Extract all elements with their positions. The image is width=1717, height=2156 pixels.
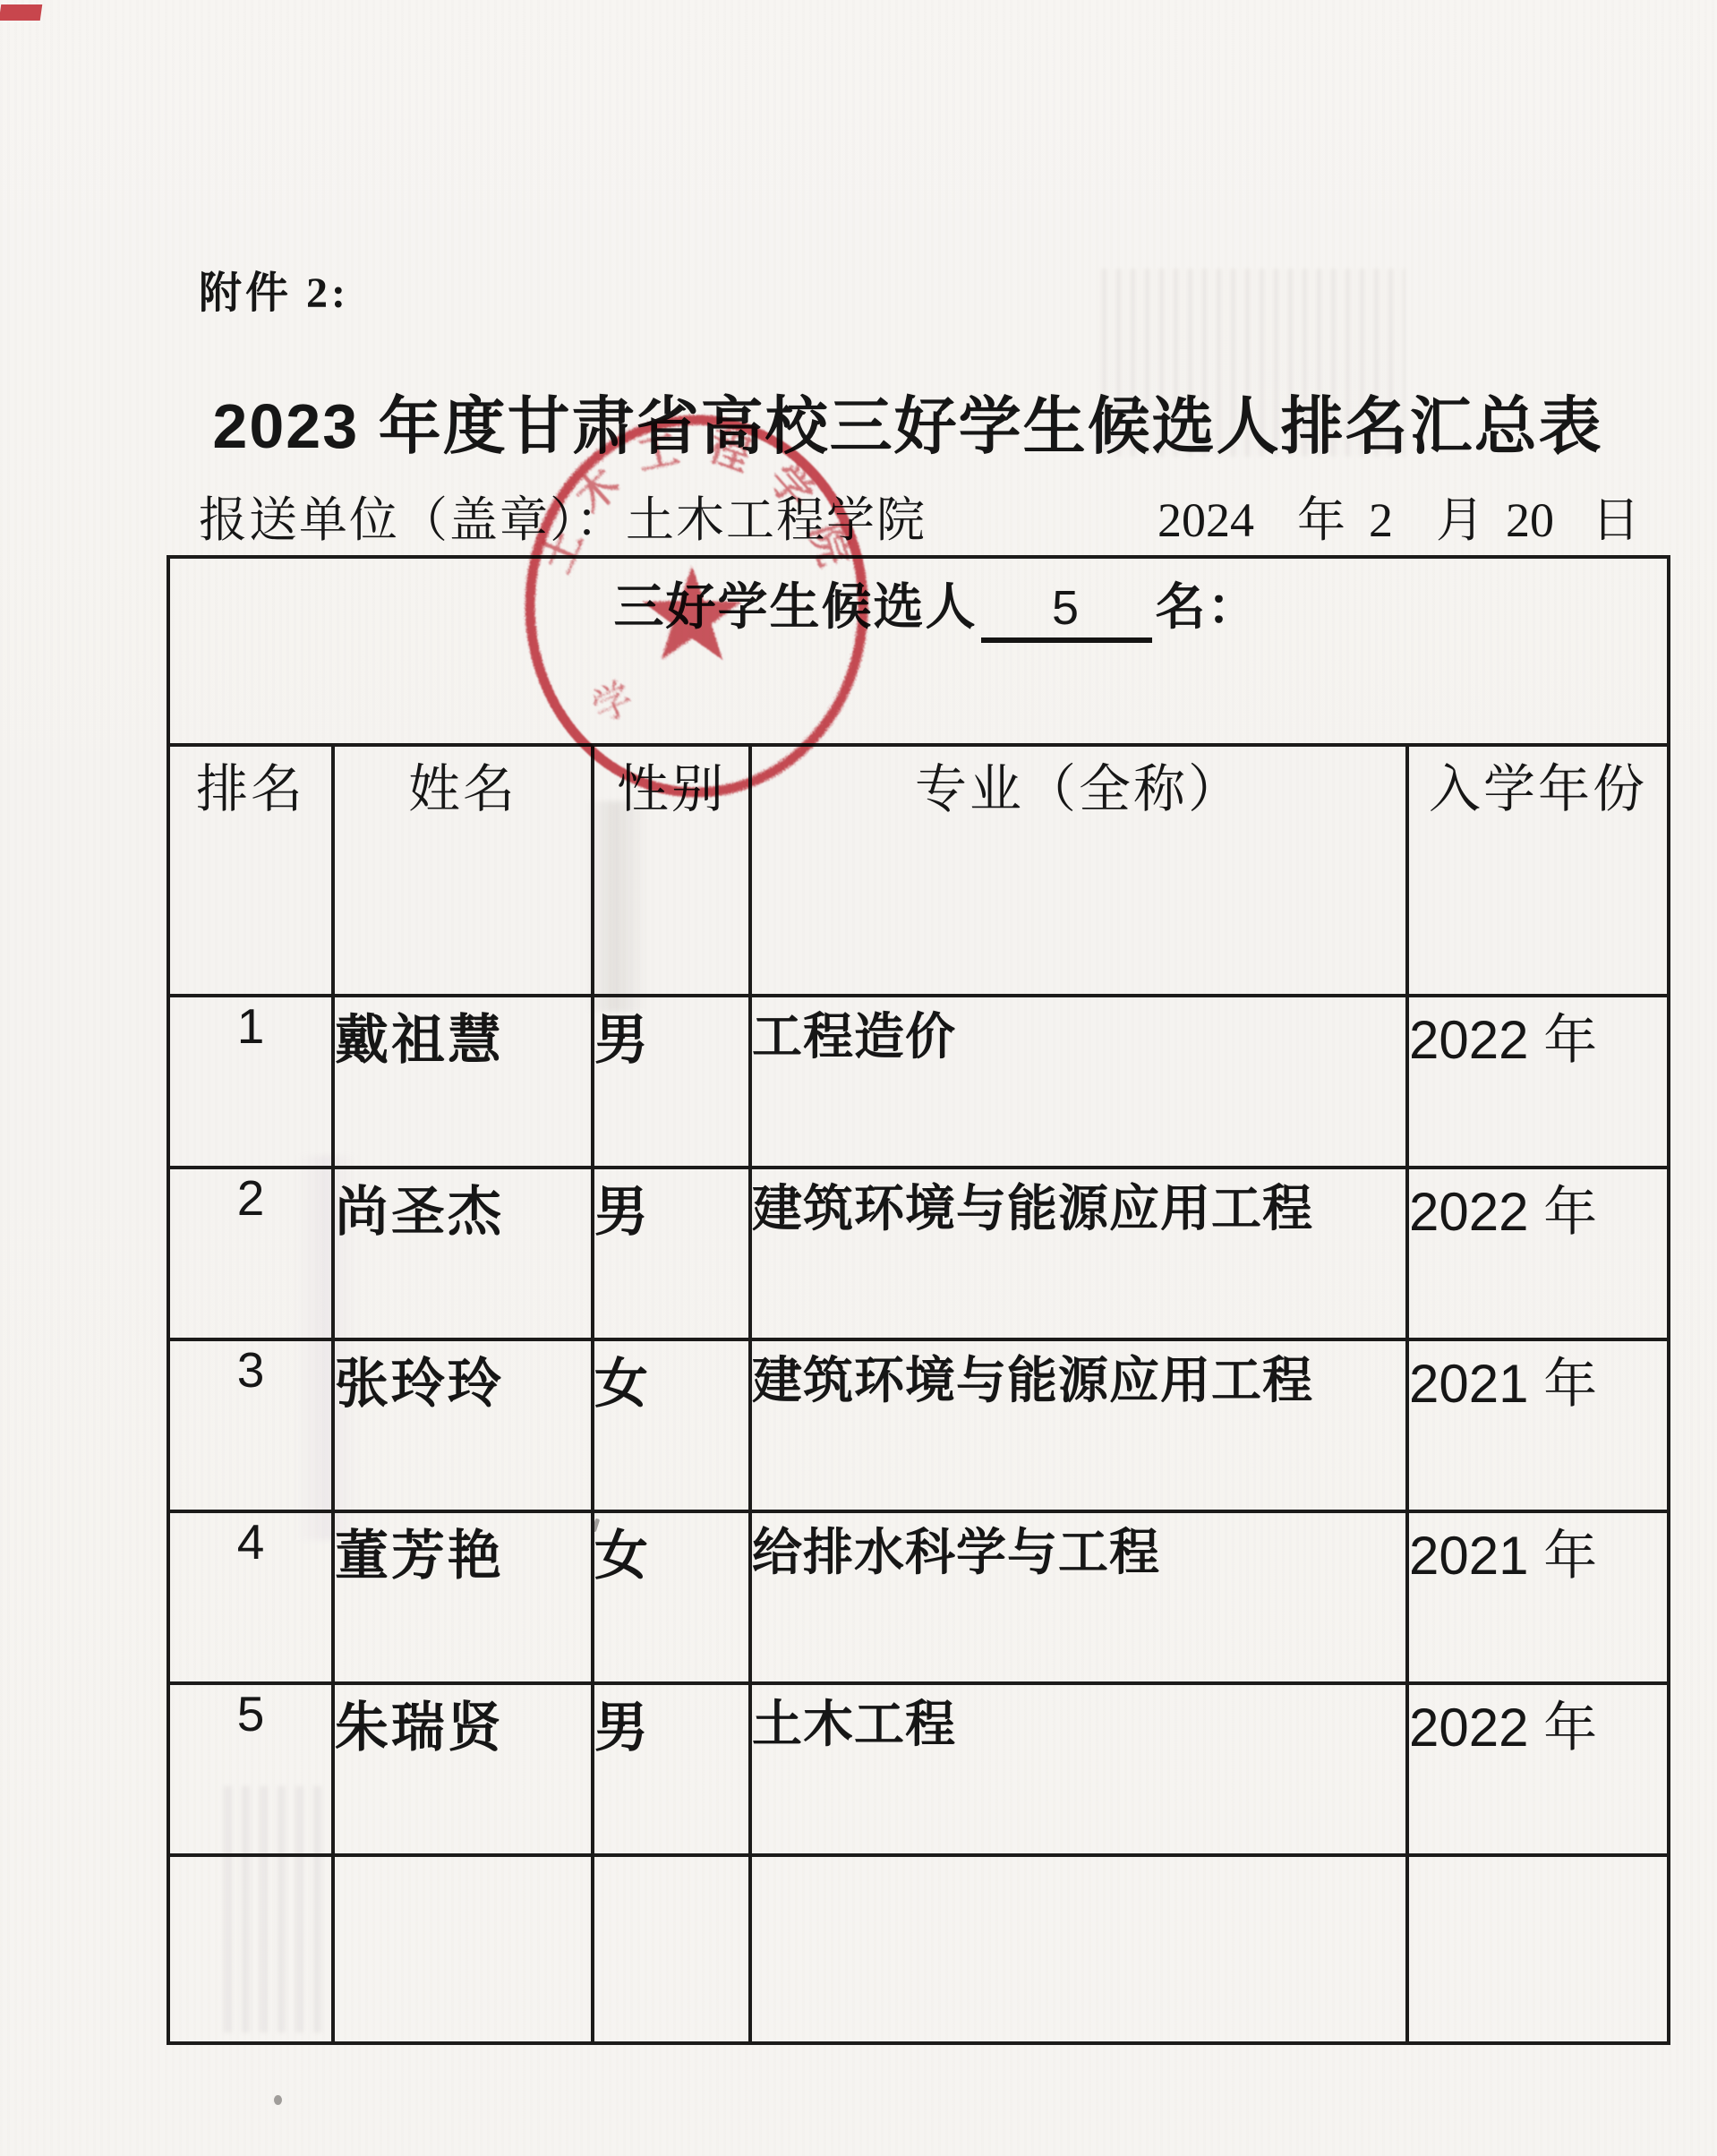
submit-unit-line: 报送单位（盖章）：土木工程学院 — [199, 482, 927, 551]
candidates-prefix: 三好学生候选人 — [614, 568, 978, 639]
rank-cell: 3 — [168, 1339, 333, 1511]
submit-unit-label: 报送单位（盖章）： — [199, 493, 626, 547]
column-header-major: 专业（全称） — [750, 745, 1407, 996]
column-header-rank: 排名 — [168, 745, 333, 996]
page-title: 2023 年度甘肃省高校三好学生候选人排名汇总表 — [98, 376, 1717, 466]
scan-corner-red-mark — [0, 4, 42, 21]
gender-cell: 女 — [593, 1511, 750, 1683]
date-month-label: 月 — [1436, 482, 1484, 551]
year-cell — [1407, 1855, 1669, 2043]
candidates-suffix: 名： — [1156, 568, 1260, 639]
year-cell: 2022 年 — [1407, 1683, 1669, 1855]
date-day-label: 日 — [1592, 482, 1640, 551]
table-row: 5 朱瑞贤 男 土木工程 2022 年 — [168, 1683, 1669, 1855]
candidates-count-blank: 5 — [981, 580, 1152, 643]
candidates-table: 三好学生候选人 5 名： 排名 姓名 性别 专业（全称） 入学年份 1 戴祖慧 … — [167, 555, 1670, 2045]
column-header-year: 入学年份 — [1407, 745, 1669, 996]
candidates-count-line: 三好学生候选人 5 名： — [170, 559, 1667, 643]
rank-cell — [168, 1855, 333, 2043]
name-cell: 董芳艳 — [333, 1511, 593, 1683]
date-year-label: 年 — [1297, 482, 1345, 551]
name-cell — [333, 1855, 593, 2043]
gender-cell: 男 — [593, 1168, 750, 1339]
major-cell: 土木工程 — [750, 1683, 1407, 1855]
gender-cell: 男 — [593, 1683, 750, 1855]
major-cell: 建筑环境与能源应用工程 — [750, 1339, 1407, 1511]
table-row: 3 张玲玲 女 建筑环境与能源应用工程 2021 年 — [168, 1339, 1669, 1511]
major-cell: 工程造价 — [750, 996, 1407, 1168]
submit-unit-value: 土木工程学院 — [626, 493, 927, 547]
rank-cell: 4 — [168, 1511, 333, 1683]
date-month: 2 — [1369, 492, 1393, 548]
name-cell: 张玲玲 — [333, 1339, 593, 1511]
gender-cell: 男 — [593, 996, 750, 1168]
column-header-name: 姓名 — [333, 745, 593, 996]
candidates-count-row: 三好学生候选人 5 名： — [168, 557, 1669, 745]
gender-cell: 女 — [593, 1339, 750, 1511]
major-cell: 建筑环境与能源应用工程 — [750, 1168, 1407, 1339]
rank-cell: 2 — [168, 1168, 333, 1339]
rank-cell: 1 — [168, 996, 333, 1168]
major-cell: 给排水科学与工程 — [750, 1511, 1407, 1683]
column-header-gender: 性别 — [593, 745, 750, 996]
date-year: 2024 — [1157, 492, 1254, 548]
table-row-empty — [168, 1855, 1669, 2043]
attachment-label: 附件 2: — [199, 258, 349, 320]
name-cell: 戴祖慧 — [333, 996, 593, 1168]
major-cell — [750, 1855, 1407, 2043]
scanned-document-page: 附件 2: 2023 年度甘肃省高校三好学生候选人排名汇总表 报送单位（盖章）：… — [0, 0, 1717, 2156]
date-day: 20 — [1506, 492, 1554, 548]
year-cell: 2021 年 — [1407, 1339, 1669, 1511]
year-cell: 2021 年 — [1407, 1511, 1669, 1683]
candidates-count-value: 5 — [1052, 580, 1081, 636]
year-cell: 2022 年 — [1407, 996, 1669, 1168]
scan-dot-artifact — [274, 2095, 282, 2105]
table-row: 1 戴祖慧 男 工程造价 2022 年 — [168, 996, 1669, 1168]
rank-cell: 5 — [168, 1683, 333, 1855]
date-line: 2024 年 2 月 20 日 — [1157, 482, 1640, 551]
gender-cell — [593, 1855, 750, 2043]
name-cell: 尚圣杰 — [333, 1168, 593, 1339]
table-row: 2 尚圣杰 男 建筑环境与能源应用工程 2022 年 — [168, 1168, 1669, 1339]
name-cell: 朱瑞贤 — [333, 1683, 593, 1855]
year-cell: 2022 年 — [1407, 1168, 1669, 1339]
table-row: 4 董芳艳 女 给排水科学与工程 2021 年 — [168, 1511, 1669, 1683]
table-header-row: 排名 姓名 性别 专业（全称） 入学年份 — [168, 745, 1669, 996]
